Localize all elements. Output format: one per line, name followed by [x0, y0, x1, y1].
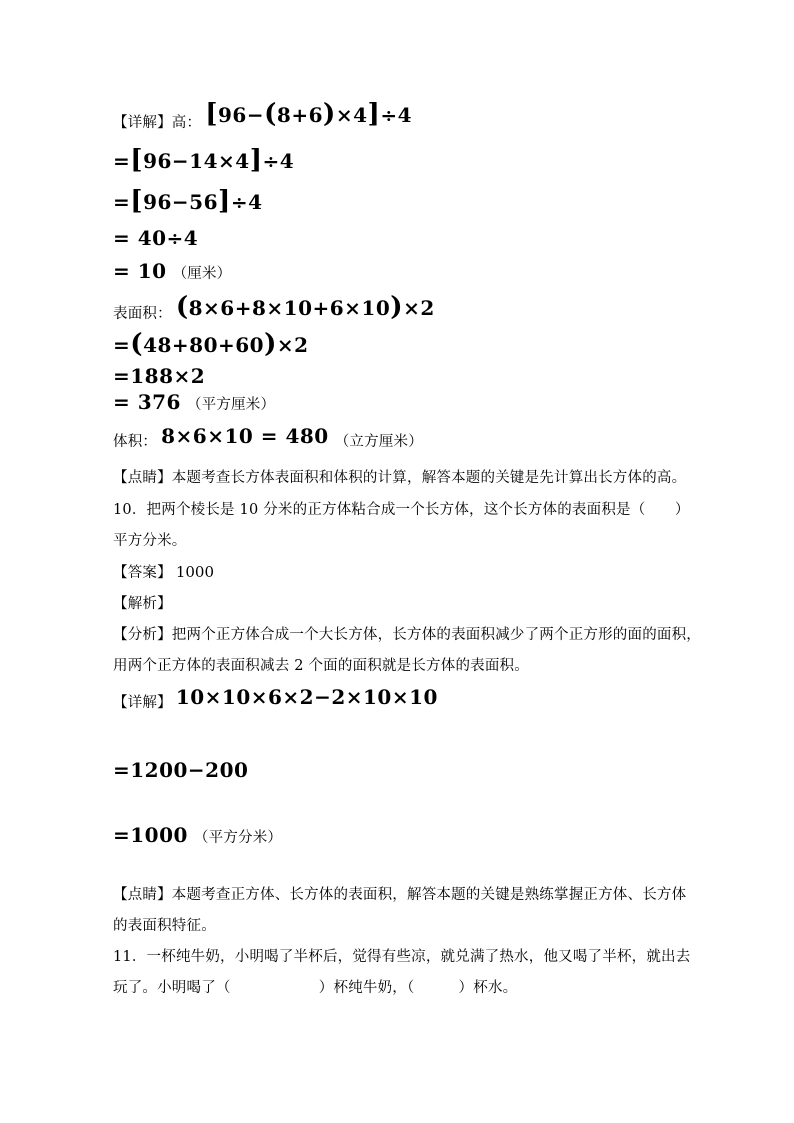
q9-height-result: = 10 [113, 259, 167, 283]
q11-stem-text-2: 玩了。小明喝了（ ）杯纯牛奶，（ ）杯水。 [113, 976, 517, 997]
q10-note-text-2: 的表面积特征。 [113, 914, 216, 935]
q10-detail-step-2-line: =1200−200 [113, 758, 248, 782]
q9-surface-result: = 376 [113, 390, 181, 414]
q9-surface-unit: （平方厘米） [187, 393, 275, 414]
q11-stem-line-2: 玩了。小明喝了（ ）杯纯牛奶，（ ）杯水。 [113, 976, 517, 997]
q10-answer-line: 【答案】 1000 [113, 561, 214, 582]
q10-analysis-header-line: 【解析】 [113, 592, 172, 613]
q10-analysis-text-1: 【分析】把两个正方体合成一个大长方体，长方体的表面积减少了两个正方形的面的面积， [113, 623, 701, 644]
q9-height-step-4-line: = 40÷4 [113, 226, 198, 250]
q9-height-formula-3: =[96−56]÷4 [113, 188, 263, 214]
q10-analysis-line-2: 用两个正方体的表面积减去 2 个面的面积就是长方体的表面积。 [113, 654, 529, 675]
q10-detail-result-line: =1000 （平方分米） [113, 823, 282, 847]
q10-analysis-header: 【解析】 [113, 592, 172, 613]
q9-surface-step-2-line: =(48+80+60)×2 [113, 331, 309, 357]
worksheet-page: 【详解】高： [96−(8+6)×4]÷4 =[96−14×4]÷4 =[96−… [0, 0, 794, 1123]
q9-detail-label: 【详解】高： [113, 111, 201, 132]
q10-detail-unit: （平方分米） [194, 826, 282, 847]
q10-detail-line: 【详解】 10×10×6×2−2×10×10 [113, 688, 438, 712]
q9-surface-result-line: = 376 （平方厘米） [113, 390, 275, 414]
q9-detail-height-line: 【详解】高： [96−(8+6)×4]÷4 [113, 106, 412, 132]
q10-detail-formula-2: =1200−200 [113, 758, 248, 782]
q9-volume-line: 体积： 8×6×10 = 480 （立方厘米） [113, 427, 423, 451]
q10-analysis-text-2: 用两个正方体的表面积减去 2 个面的面积就是长方体的表面积。 [113, 654, 529, 675]
q9-surface-step-3-line: =188×2 [113, 364, 205, 388]
q10-detail-result: =1000 [113, 823, 188, 847]
q9-surface-formula-1: (8×6+8×10+6×10)×2 [176, 294, 435, 320]
q9-note-line: 【点睛】本题考查长方体表面积和体积的计算，解答本题的关键是先计算出长方体的高。 [113, 466, 686, 487]
q10-note-line-1: 【点睛】本题考查正方体、长方体的表面积，解答本题的关键是熟练掌握正方体、长方体 [113, 883, 686, 904]
q9-volume-unit: （立方厘米） [335, 430, 423, 451]
q9-height-result-line: = 10 （厘米） [113, 259, 231, 283]
q10-detail-label: 【详解】 [113, 691, 172, 712]
q10-note-text-1: 【点睛】本题考查正方体、长方体的表面积，解答本题的关键是熟练掌握正方体、长方体 [113, 883, 686, 904]
q9-height-step-2-line: =[96−14×4]÷4 [113, 147, 294, 173]
q9-height-formula-1: [96−(8+6)×4]÷4 [205, 101, 412, 127]
q9-height-formula-2: =[96−14×4]÷4 [113, 147, 294, 173]
q11-stem-text-1: 11．一杯纯牛奶，小明喝了半杯后，觉得有些凉，就兑满了热水，他又喝了半杯，就出去 [113, 945, 690, 966]
q10-stem-line-1: 10．把两个棱长是 10 分米的正方体粘合成一个长方体，这个长方体的表面积是（ … [113, 498, 690, 519]
q9-height-unit: （厘米） [173, 262, 232, 283]
q10-note-line-2: 的表面积特征。 [113, 914, 216, 935]
q10-stem-text-1: 10．把两个棱长是 10 分米的正方体粘合成一个长方体，这个长方体的表面积是（ … [113, 498, 690, 519]
q9-volume-formula: 8×6×10 = 480 [161, 424, 329, 448]
q9-surface-formula-2: =(48+80+60)×2 [113, 331, 309, 357]
q9-volume-label: 体积： [113, 430, 157, 451]
q9-surface-intro-line: 表面积： (8×6+8×10+6×10)×2 [113, 297, 435, 323]
q10-analysis-line-1: 【分析】把两个正方体合成一个大长方体，长方体的表面积减少了两个正方形的面的面积， [113, 623, 701, 644]
q9-height-formula-4: = 40÷4 [113, 226, 198, 250]
q10-answer-value: 1000 [176, 563, 214, 581]
q10-stem-line-2: 平方分米。 [113, 529, 187, 550]
q9-surface-formula-3: =188×2 [113, 364, 205, 388]
q10-stem-text-2: 平方分米。 [113, 529, 187, 550]
q10-detail-formula-1: 10×10×6×2−2×10×10 [176, 685, 438, 709]
q9-note-text: 【点睛】本题考查长方体表面积和体积的计算，解答本题的关键是先计算出长方体的高。 [113, 466, 686, 487]
q9-height-step-3-line: =[96−56]÷4 [113, 188, 263, 214]
q9-surface-label: 表面积： [113, 302, 172, 323]
q11-stem-line-1: 11．一杯纯牛奶，小明喝了半杯后，觉得有些凉，就兑满了热水，他又喝了半杯，就出去 [113, 945, 690, 966]
q10-answer-label: 【答案】 [113, 561, 172, 582]
